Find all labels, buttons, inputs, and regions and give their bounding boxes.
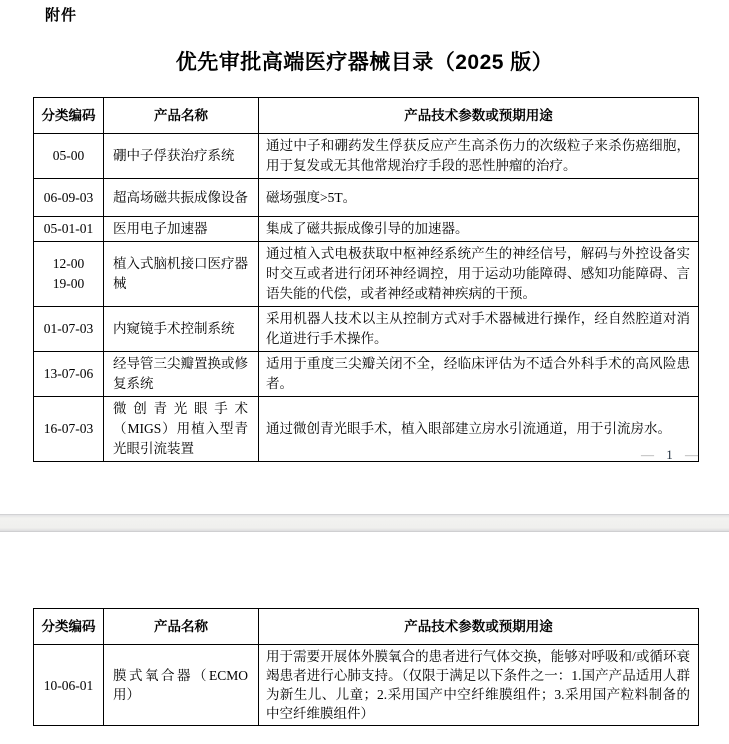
- header-product-specs: 产品技术参数或预期用途: [259, 98, 699, 134]
- cell-code: 05-00: [34, 134, 104, 179]
- header-classification-code: 分类编码: [34, 609, 104, 645]
- cell-desc: 用于需要开展体外膜氧合的患者进行气体交换，能够对呼吸和/或循环衰竭患者进行心肺支…: [259, 645, 699, 726]
- cell-name: 植入式脑机接口医疗器械: [104, 242, 259, 307]
- cell-code: 10-06-01: [34, 645, 104, 726]
- cell-desc: 采用机器人技术以主从控制方式对手术器械进行操作，经自然腔道对消化道进行手术操作。: [259, 307, 699, 352]
- page-number-value: 1: [666, 447, 673, 462]
- cell-name: 内窥镜手术控制系统: [104, 307, 259, 352]
- table-row: 01-07-03 内窥镜手术控制系统 采用机器人技术以主从控制方式对手术器械进行…: [34, 307, 699, 352]
- attachment-label: 附件: [45, 4, 77, 25]
- document-viewer: 附件 优先审批高端医疗器械目录（2025 版） 分类编码 产品名称 产品技术参数…: [0, 0, 729, 744]
- document-title: 优先审批高端医疗器械目录（2025 版）: [0, 46, 729, 76]
- catalog-table-page2: 分类编码 产品名称 产品技术参数或预期用途 10-06-01 膜式氧合器（ECM…: [33, 608, 699, 726]
- cell-name: 经导管三尖瓣置换或修复系统: [104, 352, 259, 397]
- page-1: 附件 优先审批高端医疗器械目录（2025 版） 分类编码 产品名称 产品技术参数…: [0, 0, 729, 515]
- cell-code: 06-09-03: [34, 179, 104, 217]
- page-number-dash-right: —: [685, 447, 698, 462]
- header-product-specs: 产品技术参数或预期用途: [259, 609, 699, 645]
- catalog-table-page1: 分类编码 产品名称 产品技术参数或预期用途 05-00 硼中子俘获治疗系统 通过…: [33, 97, 699, 462]
- page-number-dash-left: —: [641, 447, 654, 462]
- cell-name: 膜式氧合器（ECMO用）: [104, 645, 259, 726]
- table-row: 12-00 19-00 植入式脑机接口医疗器械 通过植入式电极获取中枢神经系统产…: [34, 242, 699, 307]
- cell-code: 12-00 19-00: [34, 242, 104, 307]
- cell-code: 05-01-01: [34, 217, 104, 242]
- table-header-row: 分类编码 产品名称 产品技术参数或预期用途: [34, 98, 699, 134]
- table-row: 06-09-03 超高场磁共振成像设备 磁场强度>5T。: [34, 179, 699, 217]
- table-header-row: 分类编码 产品名称 产品技术参数或预期用途: [34, 609, 699, 645]
- cell-desc: 适用于重度三尖瓣关闭不全，经临床评估为不适合外科手术的高风险患者。: [259, 352, 699, 397]
- header-product-name: 产品名称: [104, 609, 259, 645]
- cell-desc: 集成了磁共振成像引导的加速器。: [259, 217, 699, 242]
- cell-code: 13-07-06: [34, 352, 104, 397]
- cell-name: 硼中子俘获治疗系统: [104, 134, 259, 179]
- header-product-name: 产品名称: [104, 98, 259, 134]
- cell-name: 超高场磁共振成像设备: [104, 179, 259, 217]
- page-2: 分类编码 产品名称 产品技术参数或预期用途 10-06-01 膜式氧合器（ECM…: [0, 532, 729, 744]
- cell-desc: 通过中子和硼药发生俘获反应产生高杀伤力的次级粒子来杀伤癌细胞，用于复发或无其他常…: [259, 134, 699, 179]
- cell-code: 01-07-03: [34, 307, 104, 352]
- cell-desc: 通过植入式电极获取中枢神经系统产生的神经信号，解码与外控设备实时交互或者进行闭环…: [259, 242, 699, 307]
- header-classification-code: 分类编码: [34, 98, 104, 134]
- table-row: 10-06-01 膜式氧合器（ECMO用） 用于需要开展体外膜氧合的患者进行气体…: [34, 645, 699, 726]
- table-row: 05-01-01 医用电子加速器 集成了磁共振成像引导的加速器。: [34, 217, 699, 242]
- cell-desc: 磁场强度>5T。: [259, 179, 699, 217]
- table-row: 13-07-06 经导管三尖瓣置换或修复系统 适用于重度三尖瓣关闭不全，经临床评…: [34, 352, 699, 397]
- page-separator: [0, 514, 729, 532]
- page-number: — 1 —: [33, 447, 698, 463]
- cell-name: 医用电子加速器: [104, 217, 259, 242]
- table-row: 05-00 硼中子俘获治疗系统 通过中子和硼药发生俘获反应产生高杀伤力的次级粒子…: [34, 134, 699, 179]
